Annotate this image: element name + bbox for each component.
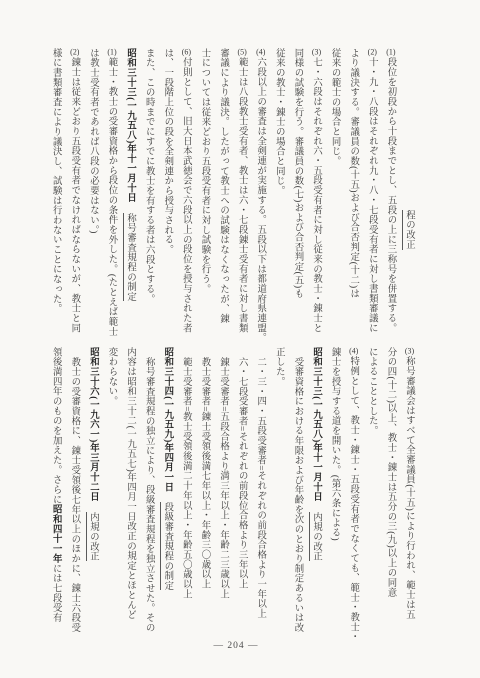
text-column: 錬士受審者=五段合格より満三年以上・年齢二三歳以上 — [213, 347, 232, 635]
text-run: 分の四(十二)以上、教士・錬士は五分の三(九)以上の同意 — [385, 347, 395, 597]
text-column: 昭和三十三(一九五八)年十一月十日 称号審査規程の制定 — [121, 48, 140, 334]
date-text: 昭和四十一年 — [51, 504, 61, 563]
text-column: (4)六段以上の審査は全剣連が実施する。五段以下は都道府県連盟。 — [251, 48, 270, 334]
text-run: 従来の範士の場合と同じ。 — [330, 48, 340, 166]
page-number: ― 204 ― — [0, 641, 472, 651]
text-column: 従来の範士の場合と同じ。 — [325, 48, 344, 334]
text-run: より議決する。審議員の数(十五)および合否判定(十二)は — [348, 48, 358, 298]
text-run: 称号審査規程の独立により、段級審査規程を独立させた。その — [144, 357, 154, 633]
scanned-book-page: 程の改正(1)段位を初段から十段までとし、五段の上に三称号を併置する。(2)十・… — [0, 0, 480, 678]
item-number: (5) — [238, 48, 247, 57]
item-number: (3) — [312, 48, 321, 57]
text-run: 錬士は従来どおり五段受有者でなければならないが、教士と同 — [69, 57, 79, 333]
text-run — [311, 502, 321, 512]
text-column: 分の四(十二)以上、教士・錬士は五分の三(九)以上の同意 — [381, 347, 400, 635]
text-column: 教士受審者=錬士受領後満七年以上・年齢三〇歳以上 — [195, 347, 214, 635]
text-column: 昭和三十四(一九五九)年四月一日 段級審査規程の制定 — [158, 347, 177, 635]
item-number: (4) — [349, 347, 358, 356]
text-column: 内容は昭和三十二(一九五七)年四月一日改正の規定とほとんど — [121, 347, 140, 635]
item-number: (3) — [405, 347, 414, 356]
text-run: によることとした。 — [367, 347, 377, 436]
text-run — [88, 502, 98, 512]
date-text: 昭和三十六(一九六一)年三月十二日 — [88, 347, 98, 502]
text-column: は、一段階上位の段を全剣連から授与される。 — [158, 48, 177, 334]
text-column: 昭和三十六(一九六一)年三月十二日 内規の改正 — [83, 347, 102, 635]
text-run: には七段受有 — [51, 564, 61, 623]
text-column: によることとした。 — [362, 347, 381, 635]
date-text: 昭和三十三(一九五八)年十一月十日 — [125, 48, 135, 203]
text-run: 様に書類審査により議決し、試験は行わないことになった。 — [51, 48, 61, 314]
text-column: 錬士を授与する道を開いた。(第六条による) — [325, 347, 344, 635]
text-column: (1)範士・教士の受審資格から段位の条件を外した。(たとえば範士 — [102, 48, 121, 334]
text-run: 正した。 — [274, 347, 284, 386]
text-column: 士については従来どおり五段受有者に対し試験を行う。 — [195, 48, 214, 334]
text-column: 審議により議決。したがって教士への試験はなくなったが、錬 — [213, 48, 232, 334]
text-run: 錬士を授与する道を開いた。(第六条による) — [330, 347, 340, 541]
section-heading: 程の改正 — [402, 210, 414, 249]
text-column: は教士受有者であれば八段の必要はない。) — [83, 48, 102, 334]
text-run — [162, 492, 172, 502]
text-run — [125, 203, 135, 213]
text-run: 段位を初段から十段までとし、五段の上に三称号を併置する。 — [385, 57, 395, 333]
text-column: (5)範士は八段教士受有者、教士は六・七段錬士受有者に対し書類 — [232, 48, 251, 334]
text-column: (4)特例として、教士・錬士・五段受有者でなくても、範士・教士・ — [344, 347, 363, 635]
text-column: 範士受審者=教士受領後満二十年以上・年齢五〇歳以上 — [176, 347, 195, 635]
date-text: 昭和三十三(一九五八)年十一月十日 — [311, 347, 321, 502]
text-band-bottom: (3)称号審議会はすべて全審議員(十五)により行われ、範士は五分の四(十二)以上… — [46, 347, 418, 635]
text-column: 教士の受審資格に、錬士受領後七年以上のほかに、錬士六段受 — [65, 347, 84, 635]
item-number: (1) — [386, 48, 395, 57]
item-number: (2) — [368, 48, 377, 57]
date-text: 昭和三十四(一九五九)年四月一日 — [162, 347, 172, 492]
text-run: 特例として、教士・錬士・五段受有者でなくても、範士・教士・ — [348, 356, 358, 641]
text-column: (3)七・六段はそれぞれ六・五段受有者に対し従来の教士・錬士と — [306, 48, 325, 334]
text-column: 二・三・四・五段受審者=それぞれの前段合格より一年以上 — [251, 347, 270, 635]
text-run: 十・九・八段はそれぞれ九・八・七段受有者に対し書類審議に — [367, 57, 377, 333]
text-run: は教士受有者であれば八段の必要はない。) — [88, 48, 98, 234]
text-column: (6)付則として、旧大日本武徳会で六段以上の段位を授与された者 — [176, 48, 195, 334]
section-heading: 内規の改正 — [86, 512, 98, 561]
text-column: 変わらない。 — [102, 347, 121, 635]
text-column: (2)錬士は従来どおり五段受有者でなければならないが、教士と同 — [65, 48, 84, 334]
item-number: (4) — [256, 48, 265, 57]
text-column: 同様の試験を行う。審議員の数(七)および合否判定(五)も — [288, 48, 307, 334]
text-run: 内容は昭和三十二(一九五七)年四月一日改正の規定とほとんど — [125, 347, 135, 620]
text-run: 同様の試験を行う。審議員の数(七)および合否判定(五)も — [292, 48, 302, 298]
text-run: 錬士受審者=五段合格より満三年以上・年齢二三歳以上 — [218, 357, 228, 599]
item-number: (6) — [182, 48, 191, 57]
text-column: 従来の教士・錬士の場合と同じ。 — [269, 48, 288, 334]
text-run: 士については従来どおり五段受有者に対し試験を行う。 — [199, 48, 209, 294]
text-run: 変わらない。 — [107, 347, 117, 406]
text-column: より議決する。審議員の数(十五)および合否判定(十二)は — [344, 48, 363, 334]
text-run: 従来の教士・錬士の場合と同じ。 — [274, 48, 284, 196]
text-column: 称号審査規程の独立により、段級審査規程を独立させた。その — [139, 347, 158, 635]
text-column: 正した。 — [269, 347, 288, 635]
text-run: は、一段階上位の段を全剣連から授与される。 — [162, 48, 172, 255]
text-run: 称号審議会はすべて全審議員(十五)により行われ、範士は五 — [404, 356, 414, 619]
section-heading: 内規の改正 — [309, 512, 321, 561]
text-column: 程の改正 — [399, 48, 418, 334]
text-column: (2)十・九・八段はそれぞれ九・八・七段受有者に対し書類審議に — [362, 48, 381, 334]
text-column: 受審資格における年限および年齢を次のとおり制定あるいは改 — [288, 347, 307, 635]
text-run: 範士受審者=教士受領後満二十年以上・年齢五〇歳以上 — [181, 357, 191, 599]
item-number: (1) — [108, 48, 117, 57]
text-column: (3)称号審議会はすべて全審議員(十五)により行われ、範士は五 — [399, 347, 418, 635]
text-column: 様に書類審査により議決し、試験は行わないことになった。 — [46, 48, 65, 334]
text-run: 領後満四年のものを加えた。さらに — [51, 347, 61, 504]
text-run: 教士受審者=錬士受領後満七年以上・年齢三〇歳以上 — [199, 357, 209, 589]
text-run: 二・三・四・五段受審者=それぞれの前段合格より一年以上 — [255, 357, 265, 619]
text-band-top: 程の改正(1)段位を初段から十段までとし、五段の上に三称号を併置する。(2)十・… — [46, 48, 418, 334]
text-run: 範士は八段教士受有者、教士は六・七段錬士受有者に対し書類 — [237, 57, 247, 333]
text-column: また、この時までにすでに教士を有する者は六段とする。 — [139, 48, 158, 334]
text-column: (1)段位を初段から十段までとし、五段の上に三称号を併置する。 — [381, 48, 400, 334]
text-column: 昭和三十三(一九五八)年十一月十日 内規の改正 — [306, 347, 325, 635]
item-number: (2) — [70, 48, 79, 57]
text-run: 付則として、旧大日本武徳会で六段以上の段位を授与された者 — [181, 57, 191, 333]
section-heading: 段級審査規程の制定 — [160, 502, 172, 591]
text-run: 受審資格における年限および年齢を次のとおり制定あるいは改 — [292, 357, 302, 633]
text-run: 審議により議決。したがって教士への試験はなくなったが、錬 — [218, 48, 228, 324]
text-column: 六・七段受審者=それぞれの前段位合格より三年以上 — [232, 347, 251, 635]
text-run: 六・七段受審者=それぞれの前段位合格より三年以上 — [237, 357, 247, 589]
text-column: 領後満四年のものを加えた。さらに昭和四十一年には七段受有 — [46, 347, 65, 635]
section-heading: 称号審査規程の制定 — [123, 213, 135, 302]
text-run: 教士の受審資格に、錬士受領後七年以上のほかに、錬士六段受 — [69, 357, 79, 633]
text-run: 七・六段はそれぞれ六・五段受有者に対し従来の教士・錬士と — [311, 57, 321, 333]
text-run: また、この時までにすでに教士を有する者は六段とする。 — [144, 48, 154, 304]
text-run: 範士・教士の受審資格から段位の条件を外した。(たとえば範士 — [107, 57, 117, 336]
text-run: 六段以上の審査は全剣連が実施する。五段以下は都道府県連盟。 — [255, 57, 265, 342]
